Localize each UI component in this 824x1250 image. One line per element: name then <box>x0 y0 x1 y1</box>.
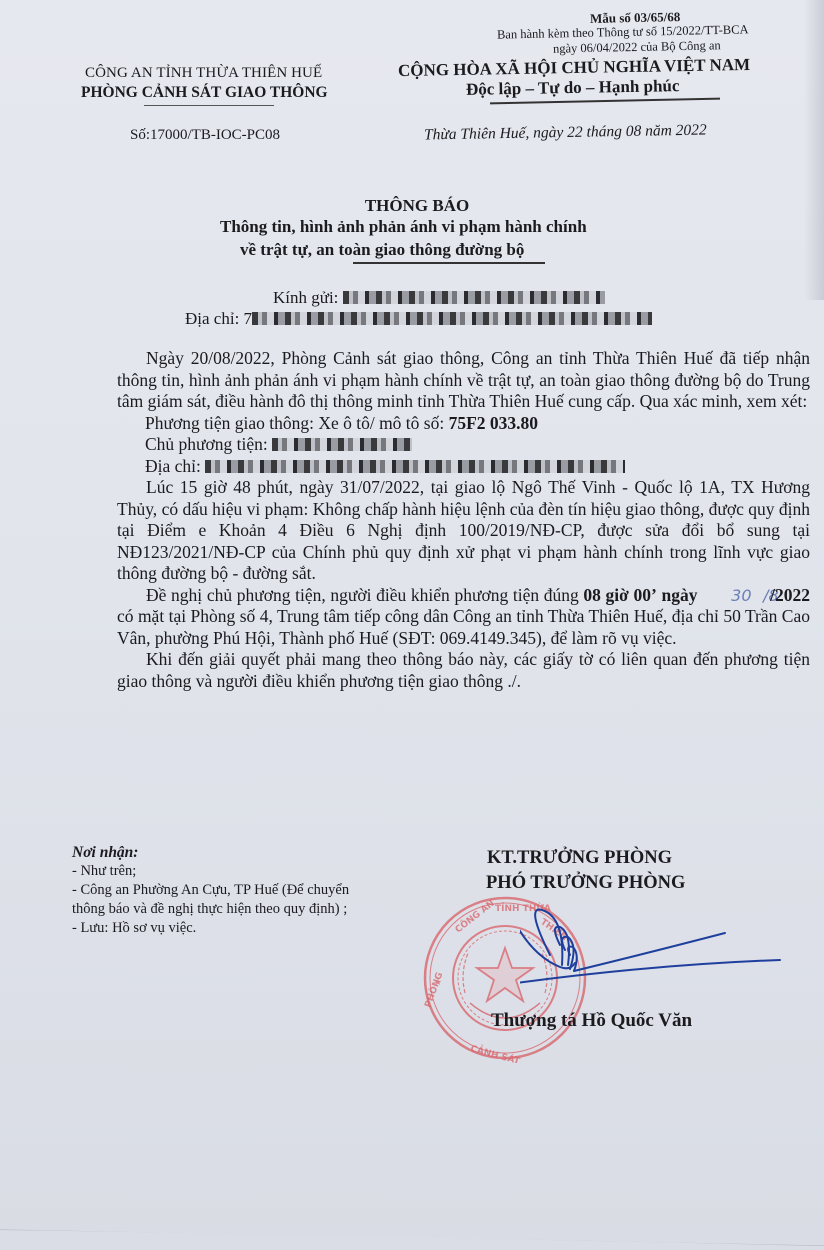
svg-text:★: ★ <box>434 978 442 988</box>
motto: Độc lập – Tự do – Hạnh phúc <box>466 76 680 100</box>
redacted-owner <box>272 438 412 451</box>
signer-name: Thượng tá Hồ Quốc Văn <box>491 1010 692 1032</box>
redacted-addressee <box>343 291 605 304</box>
owner-address-line: Địa chỉ: <box>117 456 810 478</box>
redacted-address <box>252 312 652 325</box>
address-label: Địa chỉ: <box>185 309 239 328</box>
vehicle-plate: 75F2 033.80 <box>449 413 538 433</box>
form-issued-date: ngày 06/04/2022 của Bộ Công an <box>553 38 721 57</box>
agency-underline <box>144 105 274 106</box>
owner-line: Chủ phương tiện: <box>117 434 810 456</box>
owner-address-label: Địa chỉ: <box>145 456 201 476</box>
recipient-item: - Công an Phường An Cựu, TP Huế (Để chuy… <box>72 881 349 900</box>
document-subtitle-line1: Thông tin, hình ảnh phản ánh vi phạm hàn… <box>220 217 587 237</box>
document-title: THÔNG BÁO <box>5 196 824 216</box>
scanned-document-page: Mẫu số 03/65/68 Ban hành kèm theo Thông … <box>0 0 824 1250</box>
subtitle-underline <box>353 262 545 264</box>
paragraph-intro: Ngày 20/08/2022, Phòng Cảnh sát giao thô… <box>117 348 810 413</box>
paragraph-violation: Lúc 15 giờ 48 phút, ngày 31/07/2022, tại… <box>117 477 810 585</box>
agency-dept: PHÒNG CẢNH SÁT GIAO THÔNG <box>81 84 328 102</box>
appointment-year: /2022 <box>770 585 810 605</box>
place-date: Thừa Thiên Huế, ngày 22 tháng 08 năm 202… <box>424 122 707 145</box>
appointment-time: 08 giờ 00’ <box>583 585 656 605</box>
owner-label: Chủ phương tiện: <box>145 434 268 454</box>
recipient-item: - Lưu: Hồ sơ vụ việc. <box>72 919 349 938</box>
handwritten-month: /8 <box>734 585 770 607</box>
vehicle-label: Phương tiện giao thông: Xe ô tô/ mô tô s… <box>145 413 444 433</box>
address-prefix: 7 <box>244 309 253 328</box>
recipients-label: Nơi nhận: <box>72 843 349 862</box>
addressee-line: Kính gửi: <box>273 288 605 308</box>
handwritten-signature-icon <box>520 905 800 1005</box>
paragraph-appointment: Đề nghị chủ phương tiện, người điều khiể… <box>117 585 810 650</box>
signer-role-primary: KT.TRƯỞNG PHÒNG <box>487 848 672 869</box>
document-body: Ngày 20/08/2022, Phòng Cảnh sát giao thô… <box>117 348 810 692</box>
recipients-block: Nơi nhận: - Như trên; - Công an Phường A… <box>72 843 349 938</box>
vehicle-line: Phương tiện giao thông: Xe ô tô/ mô tô s… <box>117 413 810 435</box>
handwritten-day: 30 <box>702 585 734 607</box>
agency-parent: CÔNG AN TỈNH THỪA THIÊN HUẾ <box>85 65 322 82</box>
paper-edge <box>0 1228 824 1250</box>
recipient-item: thông báo và đề nghị thực hiện theo quy … <box>72 900 349 919</box>
signer-role-deputy: PHÓ TRƯỞNG PHÒNG <box>486 873 685 894</box>
addressee-address-line: Địa chỉ: 7 <box>185 309 652 329</box>
appointment-day-label: ngày <box>662 585 698 605</box>
paragraph-requirements: Khi đến giải quyết phải mang theo thông … <box>117 649 810 692</box>
greeting-label: Kính gửi: <box>273 288 338 307</box>
page-shadow <box>804 0 824 300</box>
document-subtitle-line2: về trật tự, an toàn giao thông đường bộ <box>240 240 524 260</box>
redacted-owner-address <box>205 460 625 473</box>
document-number: Số:17000/TB-IOC-PC08 <box>130 127 280 144</box>
recipient-item: - Như trên; <box>72 862 349 881</box>
